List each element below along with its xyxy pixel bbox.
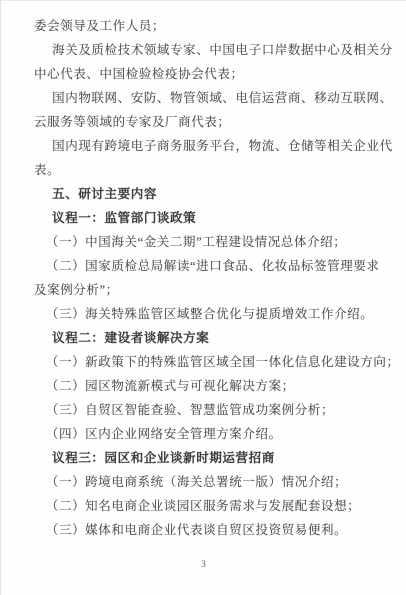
document-line: （二）国家质检总局解读“进口食品、化妆品标签管理要求 — [34, 254, 378, 278]
document-line: 中心代表、中国检验检疫协会代表； — [34, 62, 378, 86]
document-line: 云服务等领域的专家及厂商代表； — [34, 110, 378, 134]
document-line: 委会领导及工作人员； — [34, 14, 378, 38]
document-line: （三）媒体和电商企业代表谈自贸区投资贸易便利。 — [34, 518, 378, 542]
document-line: （四）区内企业网络安全管理方案介绍。 — [34, 422, 378, 446]
heading-line: 议程二：建设者谈解决方案 — [34, 326, 378, 350]
document-line: （三）自贸区智能查验、智慧监管成功案例分析； — [34, 398, 378, 422]
document-line: （一）跨境电商系统（海关总署统一版）情况介绍； — [34, 470, 378, 494]
document-line: 国内现有跨境电子商务服务平台，物流、仓储等相关企业代 — [34, 134, 378, 158]
heading-line: 议程三：园区和企业谈新时期运营招商 — [34, 446, 378, 470]
document-line: （三）海关特殊监管区域整合优化与提质增效工作介绍。 — [34, 302, 378, 326]
document-body: 委会领导及工作人员；海关及质检技术领域专家、中国电子口岸数据中心及相关分中心代表… — [34, 14, 378, 542]
heading-line: 议程一：监管部门谈政策 — [34, 206, 378, 230]
document-line: 海关及质检技术领域专家、中国电子口岸数据中心及相关分 — [34, 38, 378, 62]
page-footer: 3 — [1, 554, 406, 572]
document-line: （二）园区物流新模式与可视化解决方案； — [34, 374, 378, 398]
document-page: 委会领导及工作人员；海关及质检技术领域专家、中国电子口岸数据中心及相关分中心代表… — [0, 0, 406, 595]
page-number: 3 — [201, 559, 206, 569]
document-line: 表。 — [34, 158, 378, 182]
document-line: （二）知名电商企业谈园区服务需求与发展配套设想； — [34, 494, 378, 518]
document-line: 国内物联网、安防、物管领域、电信运营商、移动互联网、 — [34, 86, 378, 110]
heading-line: 五、研讨主要内容 — [34, 182, 378, 206]
document-line: （一）新政策下的特殊监管区域全国一体化信息化建设方向； — [34, 350, 378, 374]
document-line: （一）中国海关“金关二期”工程建设情况总体介绍； — [34, 230, 378, 254]
document-line: 及案例分析”； — [34, 278, 378, 302]
